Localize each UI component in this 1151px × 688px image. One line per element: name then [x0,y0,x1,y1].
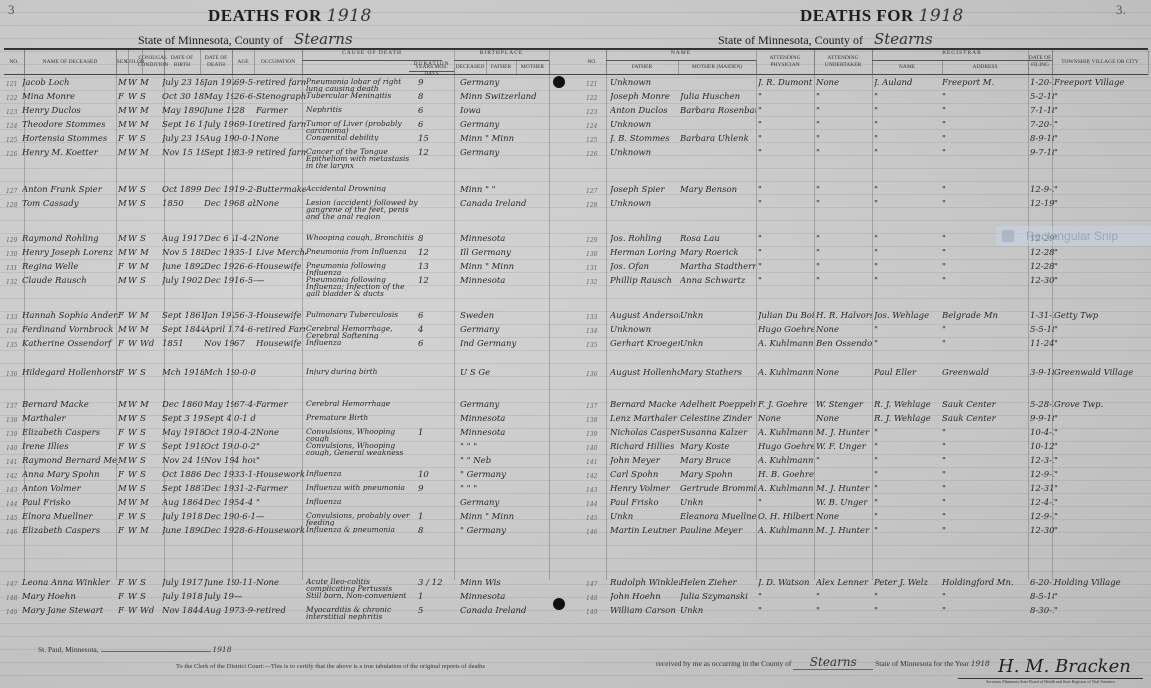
record-undertaker: " [816,456,872,466]
record-color: W [128,606,140,616]
record-physician: A. Kuhlmann [758,428,814,438]
record-reg-name: R. J. Wehlage [874,414,940,424]
record-physician: " [758,234,814,244]
record-undertaker: " [816,276,872,286]
col-age: Age [232,50,255,74]
record-occ: Housewife [256,311,306,321]
record-age: 0-0-0 [234,368,256,378]
record-town: " [1054,262,1146,272]
record-undertaker: None [816,414,872,424]
record-no: 148 [586,595,606,602]
record-dur: 6 [418,339,448,349]
record-reg-addr: " [942,248,1026,258]
record-reg-addr: " [942,325,1026,335]
record-name: Mina Monre [22,92,118,102]
record-sex: M [118,248,128,258]
record-father: August Anderson [610,311,680,321]
snip-label: Rectangular Snip [1026,229,1118,243]
record-age: 0-4-26 [234,428,256,438]
record-age: 4 hours [234,456,256,466]
record-cond: M [140,78,162,88]
record-father: Rudolph Winkler [610,578,680,588]
record-age: 73-9-1 [234,606,256,616]
record-occ: Buttermaker [256,185,306,195]
record-cond: M [140,311,162,321]
record-name: Henry Joseph Lorenz [22,248,118,258]
record-bp: Ill Germany [460,248,550,258]
record-age: 26-6-10 [234,262,256,272]
record-town: " [1054,414,1146,424]
record-physician: A. Kuhlmann [758,456,814,466]
record-town: " [1054,470,1146,480]
record-undertaker: None [816,325,872,335]
record-town: " [1054,512,1146,522]
record-occ: None [256,199,306,209]
record-name: Raymond Bernard Meyer [22,456,118,466]
record-sex: F [118,339,128,349]
record-reg-addr: " [942,92,1026,102]
record-cond: S [140,234,162,244]
record-dur: 9 [418,78,448,88]
record-physician: " [758,606,814,616]
record-filed: 12-28-18 [1030,262,1054,272]
record-reg-name: " [874,248,940,258]
record-physician: " [758,276,814,286]
record-occ: Farmer [256,484,306,494]
record-death: Jan 1918 [204,311,234,321]
record-reg-addr: " [942,339,1026,349]
record-reg-name: " [874,276,940,286]
record-mother: Mary Stathers [680,368,756,378]
record-town: " [1054,148,1146,158]
record-physician: " [758,106,814,116]
record-reg-name: " [874,470,940,480]
record-town: Grove Twp. [1054,400,1146,410]
record-undertaker: W. B. Unger [816,498,872,508]
record-undertaker: None [816,368,872,378]
record-reg-addr: " [942,276,1026,286]
record-sex: M [118,148,128,158]
record-sex: M [118,106,128,116]
record-death: Aug 1918 [204,134,234,144]
record-physician: A. Kuhlmann [758,526,814,536]
record-no: 124 [586,123,606,130]
record-physician: " [758,92,814,102]
binder-hole [553,598,565,610]
footer-received: received by me as occurring in the Count… [656,655,990,670]
record-cause: Influenza & pneumonia [306,526,418,533]
record-town: Freeport Village [1054,78,1146,88]
record-birth: July 1918 [162,592,204,602]
record-cause: Convulsions, Whooping cough [306,428,418,442]
record-sex: M [118,400,128,410]
received-county: Stearns [793,655,873,670]
record-sex: M [118,120,128,130]
record-age: 74-6-28 [234,325,256,335]
record-cause: Influenza [306,498,418,505]
record-cond: M [140,120,162,130]
record-dur: 1 [418,592,448,602]
record-birth: Oct 1899 [162,185,204,195]
record-birth: Sept 1844 [162,325,204,335]
record-mother: Unkn [680,498,756,508]
col-conjugal-condition: Conjugal Condition [142,50,165,74]
page-number-right: 3. [1116,2,1126,18]
record-occ: Housewife [256,262,306,272]
record-death: Dec 1918 [204,276,234,286]
record-occ: — [256,276,306,286]
record-reg-addr: " [942,484,1026,494]
record-town: Holding Village [1054,578,1146,588]
record-birth: June 1890 [162,526,204,536]
footer-place-year: 1918 [212,645,231,654]
record-age: 28 [234,106,256,116]
record-reg-addr: " [942,262,1026,272]
record-cond: S [140,512,162,522]
state-county-right: State of Minnesota, County of Stearns [718,30,973,48]
record-physician: " [758,248,814,258]
record-name: Tom Cassady [22,199,118,209]
register-title-right: DEATHS FOR 1918 [800,6,964,26]
record-reg-name: Jos. Wehlage [874,311,940,321]
record-color: W [128,134,140,144]
record-reg-name: " [874,456,940,466]
record-town: " [1054,106,1146,116]
record-town: " [1054,199,1146,209]
record-reg-name: " [874,526,940,536]
record-sex: F [118,311,128,321]
record-cause: Still born, Non-convenient [306,592,418,599]
record-age: — [234,592,256,602]
record-birth: Nov 5 1883 [162,248,204,258]
record-age: 83-9 [234,148,256,158]
record-birth: Aug 1917 [162,234,204,244]
record-dur: 12 [418,276,448,286]
record-undertaker: None [816,78,872,88]
record-dur: 13 [418,262,448,272]
record-mother: Helen Zieher [680,578,756,588]
record-dur: 1 [418,428,448,438]
record-cond: M [140,325,162,335]
record-sex: M [118,498,128,508]
record-dur: 12 [418,148,448,158]
record-mother: Martha Stadtherr [680,262,756,272]
record-name: Elizabeth Caspers [22,428,118,438]
record-color: W [128,578,140,588]
record-cause: Convulsions, Whooping cough, General wea… [306,442,418,456]
col-township-village-city: TOWNSHIP, VILLAGE OR CITY [1052,50,1149,74]
record-cause: Influenza with pneumonia [306,484,418,491]
record-reg-addr: " [942,498,1026,508]
record-name: Anton Volmer [22,484,118,494]
record-death: Dec 1918 [204,262,234,272]
record-reg-addr: Sauk Center [942,400,1026,410]
record-bp: " Germany [460,470,550,480]
record-sex: F [118,592,128,602]
record-cond: S [140,368,162,378]
county-name: Stearns [286,30,393,49]
record-death: July 1918 [204,592,234,602]
record-dur: 1 [418,512,448,522]
record-no: 130 [586,251,606,258]
record-birth: Dec 1860 [162,400,204,410]
record-physician: A. Kuhlmann [758,339,814,349]
record-sex: F [118,606,128,616]
record-mother: Celestine Zinder [680,414,756,424]
record-reg-addr: " [942,592,1026,602]
record-reg-addr: " [942,106,1026,116]
record-town: " [1054,442,1146,452]
record-age: 69-5-26 [234,78,256,88]
record-reg-name: R. J. Wehlage [874,400,940,410]
record-cond: S [140,414,162,424]
record-color: W [128,368,140,378]
record-mother: Unkn [680,311,756,321]
grid-line [756,50,757,580]
record-cause: Cerebral Hemorrhage, Cerebral Softening [306,325,418,339]
record-town: " [1054,120,1146,130]
record-no: 126 [586,151,606,158]
record-reg-name: " [874,428,940,438]
record-bp: " " " [460,484,550,494]
record-father: Phillip Rausch [610,276,680,286]
state-year: 1918 [971,659,990,668]
record-reg-addr: Belgrade Mn [942,311,1026,321]
record-name: Ferdinand Vornbrock [22,325,118,335]
record-age: 19-2-4 [234,185,256,195]
record-reg-addr: " [942,428,1026,438]
record-father: Lenz Marthaler [610,414,680,424]
record-death: Dec 1918 [204,248,234,258]
record-color: W [128,484,140,494]
record-occ: Housewife [256,339,306,349]
signature-caption: Secretary Minnesota State Board of Healt… [958,678,1143,684]
col-no: No. [578,50,607,74]
register-title-left: DEATHS FOR 1918 [208,6,372,26]
record-dur: 10 [418,470,448,480]
record-mother: Barbara Uhlenk [680,134,756,144]
binder-hole [553,76,565,88]
record-birth: Nov 15 1834 [162,148,204,158]
record-bp: Minnesota [460,592,550,602]
record-no: 131 [586,265,606,272]
record-birth: Sept 1887 [162,484,204,494]
record-bp: Minn " " [460,185,550,195]
record-cause: Pneumonia from Influenza [306,248,418,255]
record-birth: Nov 24 1918 [162,456,204,466]
record-reg-name: " [874,339,940,349]
record-undertaker: W. Stenger [816,400,872,410]
record-town: " [1054,592,1146,602]
record-occ: retired farmer [256,120,306,130]
record-bp: Canada Ireland [460,199,550,209]
record-no: 122 [586,95,606,102]
record-reg-addr: Holdingford Mn. [942,578,1026,588]
rectangular-snip-tooltip: Rectangular Snip [996,226,1151,246]
record-birth: Sept 16 1848 [162,120,204,130]
record-town: " [1054,92,1146,102]
record-undertaker: " [816,106,872,116]
record-cause: Cancer of the Tongue Epitheliom with met… [306,148,418,169]
record-age: 69-10-14 [234,120,256,130]
record-mother: Adelheit Poeppelman [680,400,756,410]
snip-icon [1002,230,1014,242]
footer-date-blank [101,651,211,652]
record-dur: 3 / 12 [418,578,448,588]
record-color: W [128,592,140,602]
grid-line [872,50,873,580]
record-physician: F. J. Goehre [758,400,814,410]
record-cause: Acute Ileo-colitis complicating Pertussi… [306,578,418,592]
record-mother: Julia Huschen [680,92,756,102]
record-town: " [1054,484,1146,494]
record-bp: Minnesota [460,428,550,438]
record-cond: S [140,276,162,286]
record-bp: Germany [460,498,550,508]
record-cause: Pneumonia following Influenza; Infection… [306,276,418,297]
record-birth: May 1890 [162,106,204,116]
record-death: Nov 1918 [204,456,234,466]
record-undertaker: " [816,185,872,195]
record-no: 147 [586,581,606,588]
record-name: Marthaler [22,414,118,424]
received-label: received by me as occurring in the Count… [656,659,791,668]
record-no: 140 [586,445,606,452]
left-page: 3 DEATHS FOR 1918 State of Minnesota, Co… [0,0,578,688]
record-father: Anton Duclos [610,106,680,116]
record-occ: Farmer [256,400,306,410]
record-physician: " [758,120,814,130]
record-undertaker: M. J. Hunter [816,428,872,438]
record-color: W [128,498,140,508]
title-prefix: DEATHS FOR [800,6,914,25]
record-name: Regina Welle [22,262,118,272]
record-name: Theodore Stommes [22,120,118,130]
record-sex: M [118,199,128,209]
record-death: Dec 1918 [204,484,234,494]
record-no: 133 [586,314,606,321]
record-bp: " " Neb [460,456,550,466]
record-age: 0-6-16 [234,512,256,522]
record-town: " [1054,185,1146,195]
record-physician: O. H. Hilbert [758,512,814,522]
record-color: W [128,262,140,272]
record-filed: 7-1-18 [1030,106,1054,116]
record-father: Unknown [610,78,680,88]
record-color: W [128,414,140,424]
col-date-of-birth: Date of Birth [164,50,201,74]
record-mother: Barbara Rosenbaum [680,106,756,116]
record-father: Joseph Monre [610,92,680,102]
record-physician: Julian Du Bois [758,311,814,321]
record-bp: Minnesota [460,234,550,244]
record-cond: S [140,442,162,452]
record-father: August Hollenhorst [610,368,680,378]
record-filed: 9-9-18 [1030,414,1054,424]
record-physician: " [758,185,814,195]
record-father: Carl Spohn [610,470,680,480]
record-cond: M [140,148,162,158]
record-color: W [128,470,140,480]
record-reg-addr: Freeport M. [942,78,1026,88]
record-physician: H. B. Goehre [758,470,814,480]
record-no: 149 [586,609,606,616]
record-bp: Minn " Minn [460,512,550,522]
record-reg-addr: " [942,526,1026,536]
record-cond: M [140,262,162,272]
record-father: Unknown [610,148,680,158]
record-dur: 15 [418,134,448,144]
record-no: 127 [586,188,606,195]
record-cause: Pneumonia following Influenza [306,262,418,276]
record-occ: retired Farmer [256,325,306,335]
record-town: " [1054,498,1146,508]
record-no: 129 [586,237,606,244]
record-bp: Minnesota [460,276,550,286]
record-undertaker: None [816,512,872,522]
col-group-cause-of-death: CAUSE OF DEATH [302,50,442,61]
left-column-headers: No. NAME OF DECEASED Sex Color Conjugal … [4,50,578,75]
record-occ: Housework [256,526,306,536]
record-filed: 5-5-18 [1030,325,1054,335]
record-bp: Iowa [460,106,550,116]
record-dur: 5 [418,606,448,616]
record-bp: " Germany [460,526,550,536]
record-filed: 1-20-18 [1030,78,1054,88]
record-no: 144 [586,501,606,508]
record-mother: Mary Bruce [680,456,756,466]
record-sex: M [118,185,128,195]
record-undertaker: " [816,148,872,158]
record-color: W [128,456,140,466]
record-reg-name: Peter J. Welz [874,578,940,588]
record-bp: Minnesota [460,414,550,424]
record-sex: F [118,512,128,522]
record-dur: 9 [418,484,448,494]
record-no: 136 [586,371,606,378]
record-birth: July 1902 [162,276,204,286]
record-occ: " [256,456,306,466]
record-sex: M [118,276,128,286]
record-filed: 12-9-18 [1030,185,1054,195]
footer-place: St. Paul, Minnesota, 1918 [38,645,231,654]
record-birth: July 1918 [162,512,204,522]
record-father: Martin Leutner [610,526,680,536]
record-father: William Carson [610,606,680,616]
record-occ: retired [256,606,306,616]
record-mother: Mary Koste [680,442,756,452]
record-age: 0-11-8 [234,578,256,588]
record-bp: Canada Ireland [460,606,550,616]
record-reg-addr: Sauk Center [942,414,1026,424]
record-name: Irene Illies [22,442,118,452]
record-physician: A. Kuhlmann [758,368,814,378]
record-occ: Housework [256,470,306,480]
record-physician: Hugo Goehre [758,442,814,452]
record-town: " [1054,526,1146,536]
record-occ: — [256,512,306,522]
record-filed: 3-9-18 [1030,368,1054,378]
record-sex: F [118,428,128,438]
record-reg-addr: " [942,148,1026,158]
record-father: John Meyer [610,456,680,466]
record-name: Claude Rausch [22,276,118,286]
record-undertaker: Ben Ossendorf [816,339,872,349]
record-physician: J. R. Dumont [758,78,814,88]
record-cause: Whooping cough, Bronchitis [306,234,418,241]
record-bp: Minn Wis [460,578,550,588]
record-age: 54-4 [234,498,256,508]
